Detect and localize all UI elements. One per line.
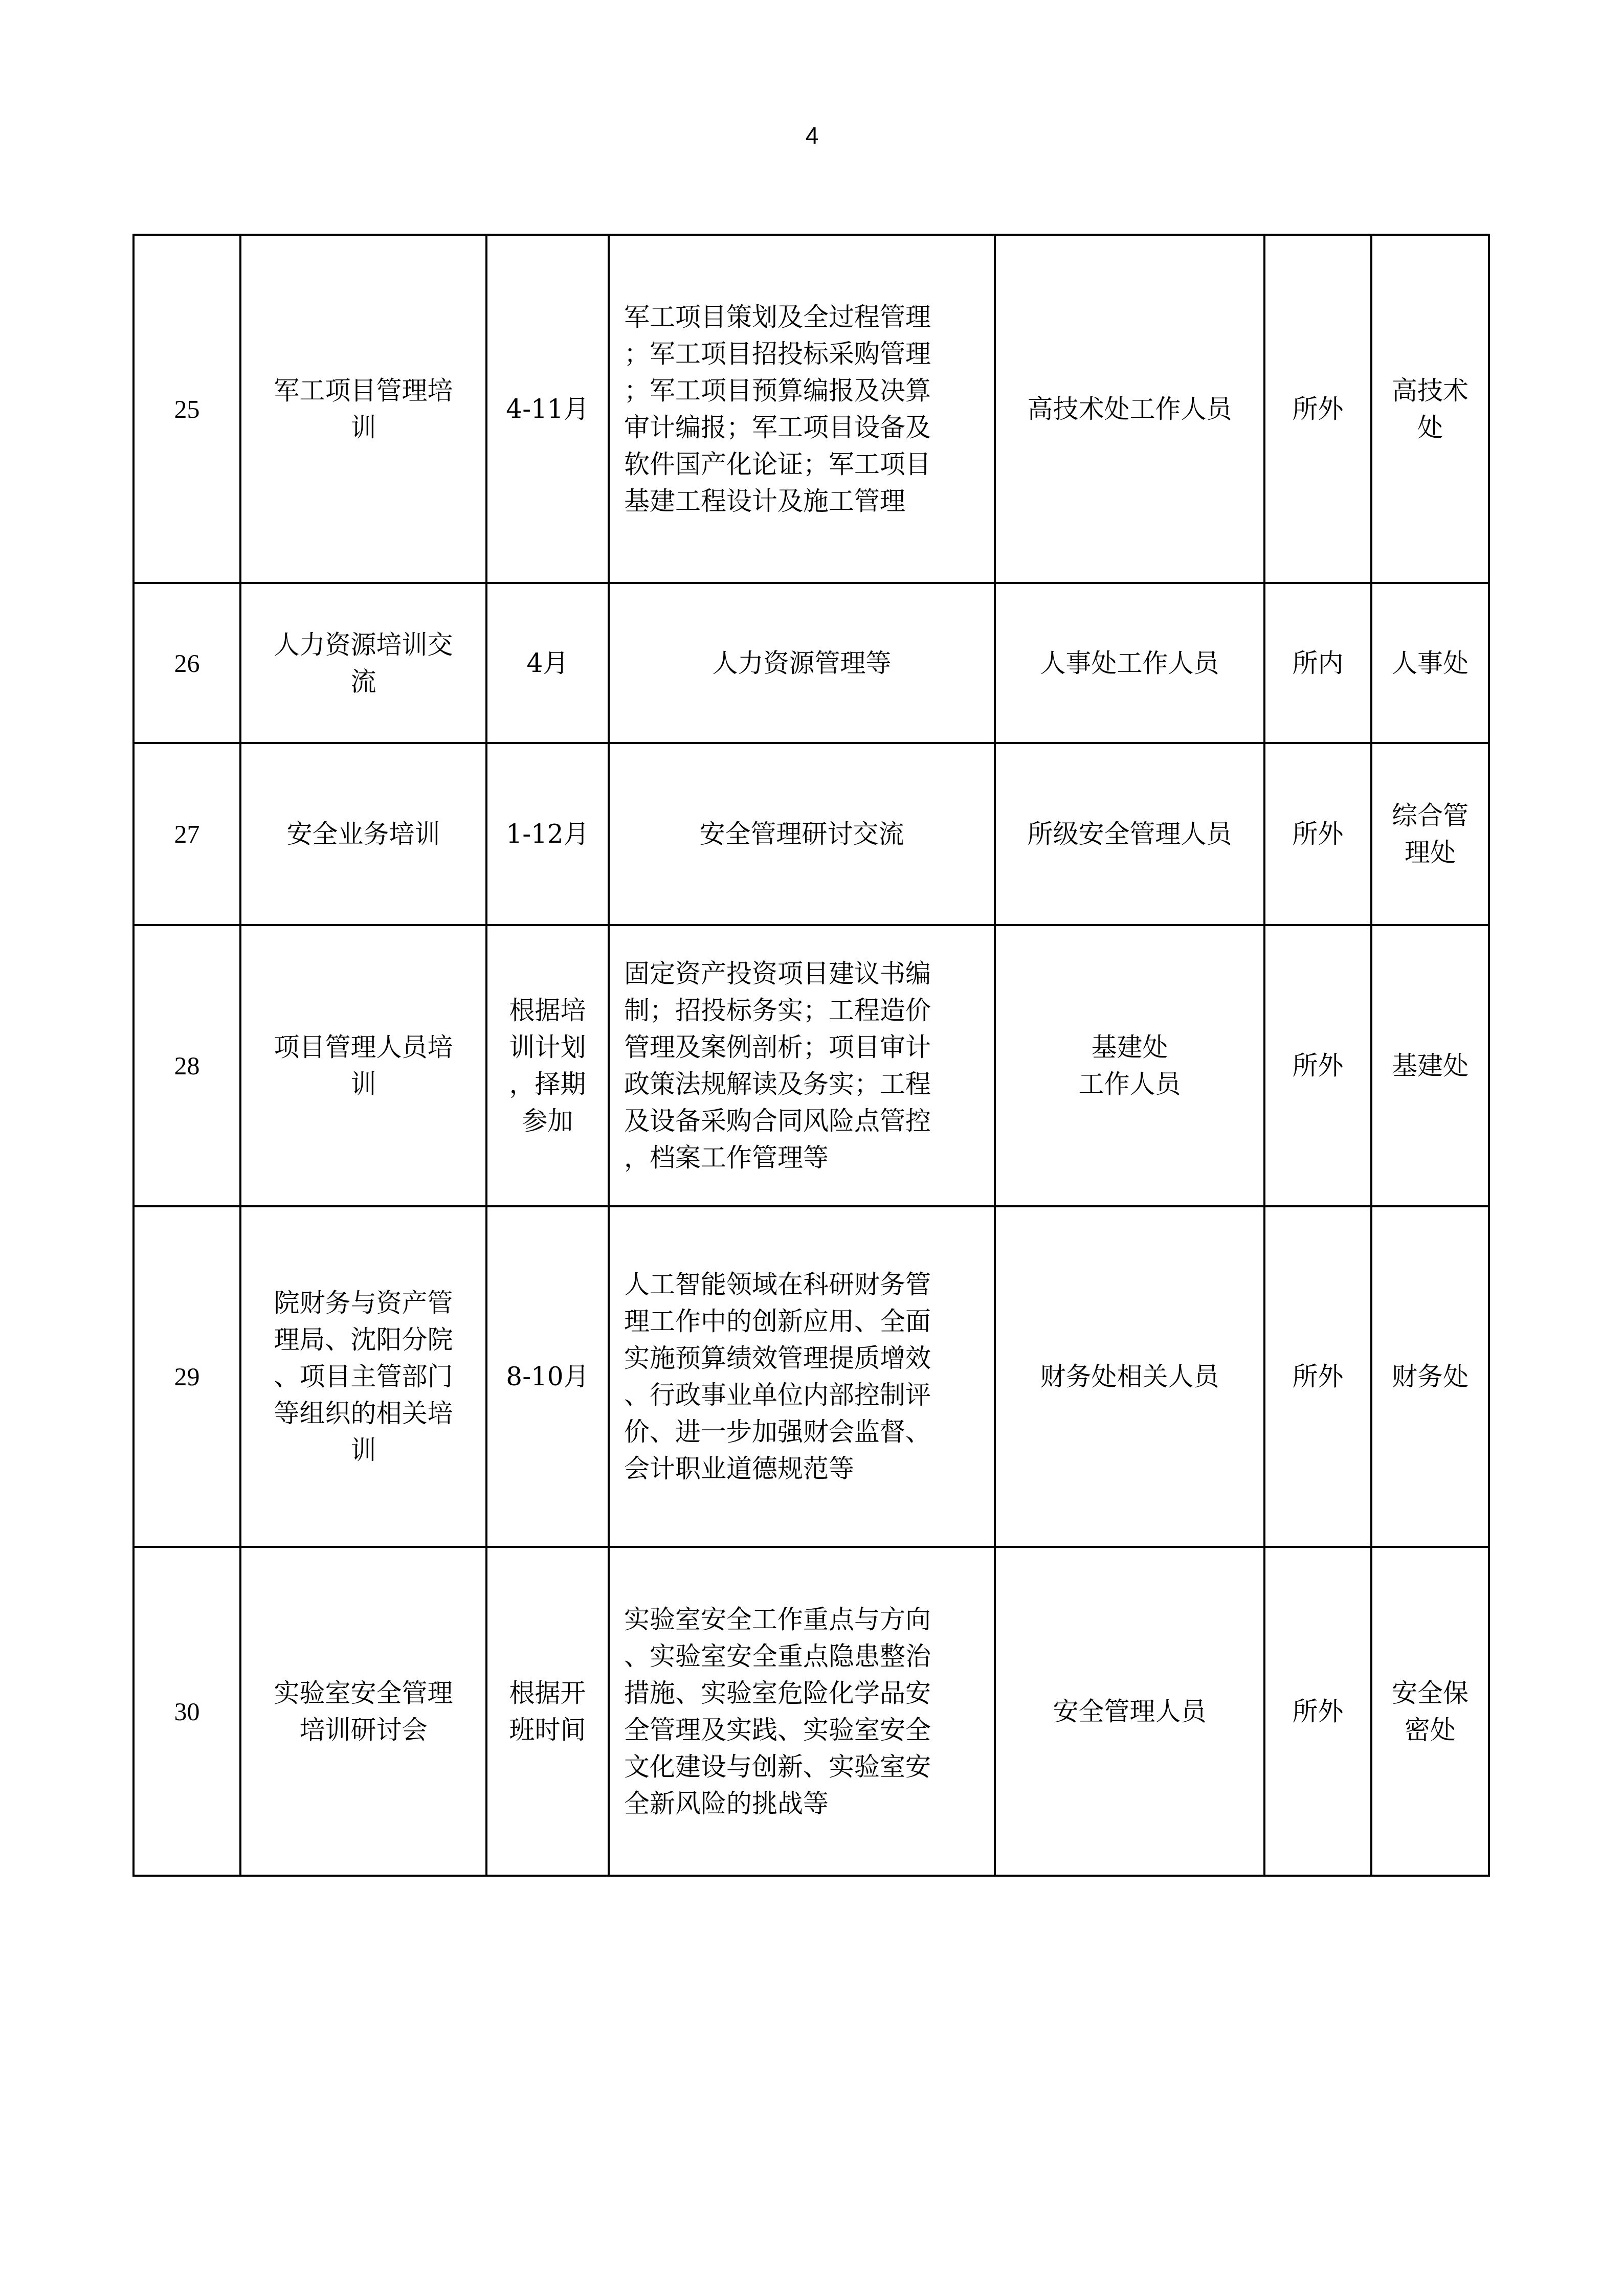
- training-target: 所级安全管理人员: [995, 743, 1264, 925]
- row-number: 28: [134, 925, 240, 1206]
- training-time: 8-10月: [486, 1206, 609, 1547]
- responsible-department: 综合管 理处: [1371, 743, 1489, 925]
- training-target-text: 高技术处工作人员: [1028, 391, 1232, 427]
- training-target: 财务处相关人员: [995, 1206, 1264, 1547]
- responsible-department-text: 人事处: [1392, 645, 1469, 682]
- training-location-text: 所外: [1293, 816, 1344, 852]
- training-name: 安全业务培训: [240, 743, 486, 925]
- training-name: 人力资源培训交 流: [240, 583, 486, 743]
- row-number: 25: [134, 235, 240, 583]
- training-location-text: 所外: [1293, 391, 1344, 427]
- responsible-department-text: 基建处: [1392, 1047, 1469, 1084]
- training-location-text: 所外: [1293, 1693, 1344, 1730]
- training-time-text: 4月: [527, 645, 569, 682]
- training-name-text: 院财务与资产管 理局、沈阳分院 、项目主管部门 等组织的相关培 训: [274, 1285, 453, 1469]
- training-content: 固定资产投资项目建议书编 制；招投标务实；工程造价 管理及案例剖析；项目审计 政…: [609, 925, 995, 1206]
- row-number-text: 28: [174, 1047, 200, 1084]
- training-time-text: 根据培 训计划 ，择期 参加: [509, 992, 586, 1139]
- training-target-text: 基建处 工作人员: [1079, 1029, 1181, 1102]
- training-name: 院财务与资产管 理局、沈阳分院 、项目主管部门 等组织的相关培 训: [240, 1206, 486, 1547]
- training-name-text: 军工项目管理培 训: [274, 372, 453, 446]
- training-time: 根据培 训计划 ，择期 参加: [486, 925, 609, 1206]
- responsible-department-text: 高技术 处: [1392, 372, 1469, 446]
- training-content-text: 军工项目策划及全过程管理 ；军工项目招投标采购管理 ；军工项目预算编报及决算 审…: [624, 299, 980, 520]
- row-number: 27: [134, 743, 240, 925]
- table-row: 30 实验室安全管理 培训研讨会 根据开 班时间 实验室安全工作重点与方向 、实…: [134, 1547, 1489, 1876]
- training-name-text: 人力资源培训交 流: [274, 626, 453, 700]
- training-content: 人力资源管理等: [609, 583, 995, 743]
- page-number: 4: [0, 123, 1624, 148]
- row-number: 26: [134, 583, 240, 743]
- training-location: 所外: [1264, 925, 1371, 1206]
- training-location: 所内: [1264, 583, 1371, 743]
- responsible-department: 基建处: [1371, 925, 1489, 1206]
- training-location: 所外: [1264, 235, 1371, 583]
- table-row: 26 人力资源培训交 流 4月 人力资源管理等 人事处工作人员 所内 人事处: [134, 583, 1489, 743]
- training-content-text: 实验室安全工作重点与方向 、实验室安全重点隐患整治 措施、实验室危险化学品安 全…: [624, 1601, 980, 1822]
- table-row: 29 院财务与资产管 理局、沈阳分院 、项目主管部门 等组织的相关培 训 8-1…: [134, 1206, 1489, 1547]
- training-time-text: 1-12月: [506, 816, 589, 852]
- row-number: 30: [134, 1547, 240, 1876]
- responsible-department: 高技术 处: [1371, 235, 1489, 583]
- training-content-text: 人工智能领域在科研财务管 理工作中的创新应用、全面 实施预算绩效管理提质增效 、…: [624, 1266, 980, 1487]
- row-number-text: 29: [174, 1358, 200, 1395]
- training-content: 军工项目策划及全过程管理 ；军工项目招投标采购管理 ；军工项目预算编报及决算 审…: [609, 235, 995, 583]
- training-target: 高技术处工作人员: [995, 235, 1264, 583]
- training-name-text: 安全业务培训: [287, 816, 440, 852]
- training-content-text: 固定资产投资项目建议书编 制；招投标务实；工程造价 管理及案例剖析；项目审计 政…: [624, 955, 980, 1176]
- training-target: 人事处工作人员: [995, 583, 1264, 743]
- training-content: 实验室安全工作重点与方向 、实验室安全重点隐患整治 措施、实验室危险化学品安 全…: [609, 1547, 995, 1876]
- training-target: 安全管理人员: [995, 1547, 1264, 1876]
- responsible-department: 人事处: [1371, 583, 1489, 743]
- row-number-text: 25: [174, 391, 200, 427]
- training-content-text: 安全管理研讨交流: [700, 816, 904, 852]
- training-time-text: 4-11月: [506, 391, 589, 427]
- training-location: 所外: [1264, 1547, 1371, 1876]
- training-target: 基建处 工作人员: [995, 925, 1264, 1206]
- row-number-text: 26: [174, 645, 200, 682]
- table-row: 28 项目管理人员培 训 根据培 训计划 ，择期 参加 固定资产投资项目建议书编…: [134, 925, 1489, 1206]
- row-number-text: 27: [174, 816, 200, 852]
- training-name: 军工项目管理培 训: [240, 235, 486, 583]
- training-location-text: 所外: [1293, 1358, 1344, 1395]
- training-name: 项目管理人员培 训: [240, 925, 486, 1206]
- training-target-text: 安全管理人员: [1053, 1693, 1207, 1730]
- training-target-text: 人事处工作人员: [1040, 645, 1219, 682]
- training-time: 1-12月: [486, 743, 609, 925]
- training-location: 所外: [1264, 1206, 1371, 1547]
- training-location-text: 所内: [1293, 645, 1344, 682]
- row-number: 29: [134, 1206, 240, 1547]
- responsible-department-text: 安全保 密处: [1392, 1675, 1469, 1748]
- training-name-text: 项目管理人员培 训: [274, 1029, 453, 1102]
- training-location: 所外: [1264, 743, 1371, 925]
- training-plan-table: 25 军工项目管理培 训 4-11月 军工项目策划及全过程管理 ；军工项目招投标…: [132, 234, 1490, 1877]
- responsible-department-text: 综合管 理处: [1392, 797, 1469, 871]
- table-row: 25 军工项目管理培 训 4-11月 军工项目策划及全过程管理 ；军工项目招投标…: [134, 235, 1489, 583]
- training-name-text: 实验室安全管理 培训研讨会: [274, 1675, 453, 1748]
- training-time-text: 根据开 班时间: [509, 1675, 586, 1748]
- training-time: 4月: [486, 583, 609, 743]
- responsible-department-text: 财务处: [1392, 1358, 1469, 1395]
- table-row: 27 安全业务培训 1-12月 安全管理研讨交流 所级安全管理人员 所外 综合管…: [134, 743, 1489, 925]
- responsible-department: 财务处: [1371, 1206, 1489, 1547]
- training-content: 安全管理研讨交流: [609, 743, 995, 925]
- training-location-text: 所外: [1293, 1047, 1344, 1084]
- training-target-text: 财务处相关人员: [1040, 1358, 1219, 1395]
- training-time: 4-11月: [486, 235, 609, 583]
- training-target-text: 所级安全管理人员: [1028, 816, 1232, 852]
- responsible-department: 安全保 密处: [1371, 1547, 1489, 1876]
- training-content-text: 人力资源管理等: [713, 645, 892, 682]
- training-name: 实验室安全管理 培训研讨会: [240, 1547, 486, 1876]
- row-number-text: 30: [174, 1693, 200, 1730]
- training-time: 根据开 班时间: [486, 1547, 609, 1876]
- training-content: 人工智能领域在科研财务管 理工作中的创新应用、全面 实施预算绩效管理提质增效 、…: [609, 1206, 995, 1547]
- training-time-text: 8-10月: [506, 1358, 589, 1395]
